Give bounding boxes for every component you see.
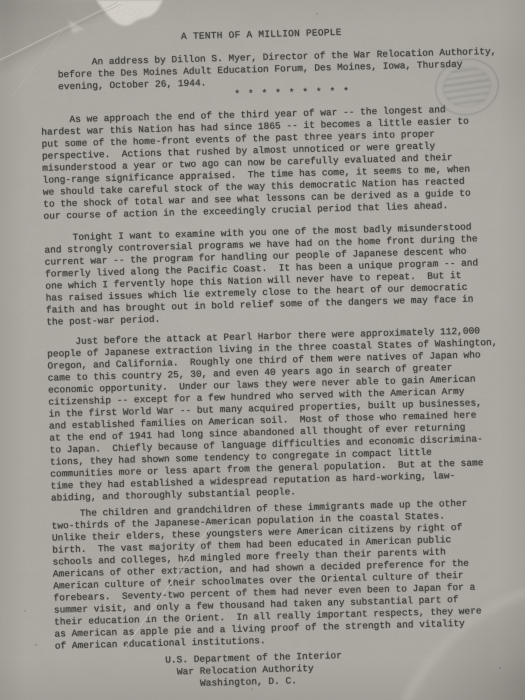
- document-byline: An address by Dillon S. Myer, Director o…: [57, 46, 497, 93]
- paragraph-4: The children and grandchildren of these …: [51, 497, 482, 652]
- scanned-document-page: A TENTH OF A MILLION PEOPLE An address b…: [0, 0, 525, 700]
- typewritten-text-block: A TENTH OF A MILLION PEOPLE An address b…: [0, 0, 525, 700]
- asterisk-separator: * * * * * * * * *: [234, 86, 350, 101]
- document-title: A TENTH OF A MILLION PEOPLE: [0, 22, 524, 48]
- document-footer: U.S. Department of the Interior War Relo…: [165, 650, 343, 691]
- paragraph-2: Tonight I want to examine with you one o…: [44, 221, 480, 328]
- paragraph-3: Just before the attack at Pearl Harbor t…: [47, 325, 502, 505]
- paragraph-1: As we approach the end of the third year…: [41, 104, 471, 223]
